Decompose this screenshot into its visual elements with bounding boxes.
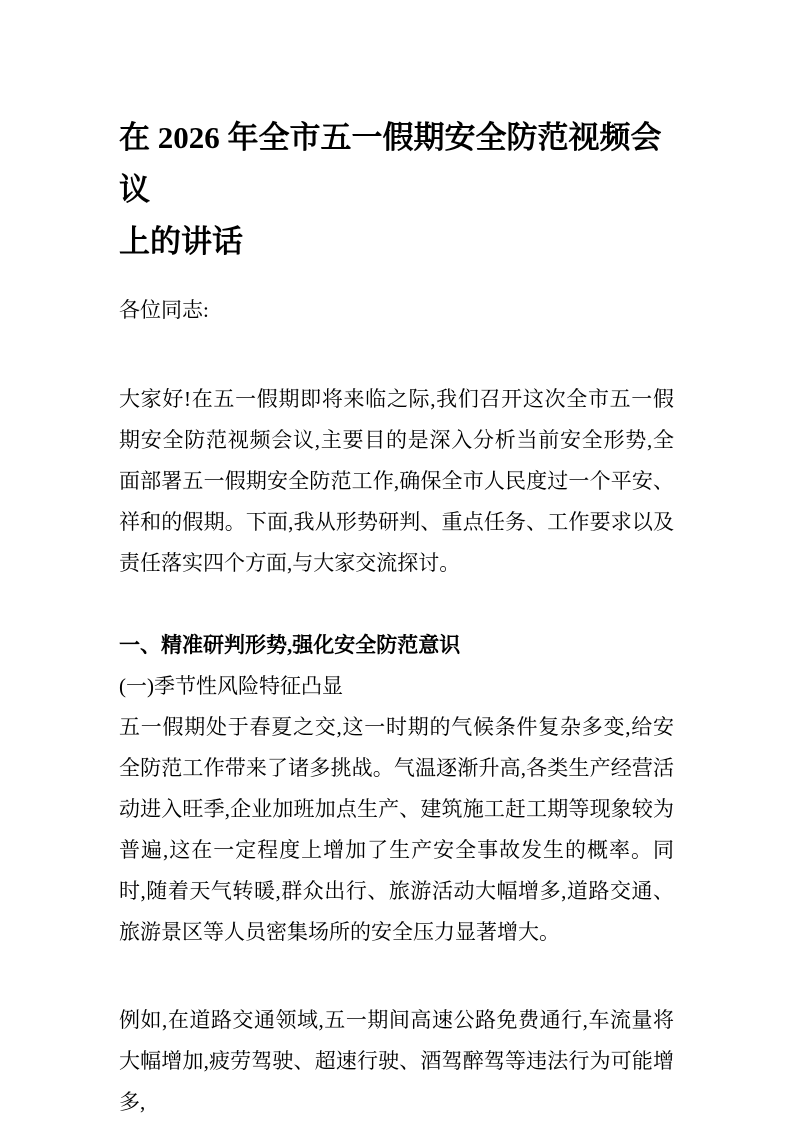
intro-paragraph: 大家好!在五一假期即将来临之际,我们召开这次全市五一假期安全防范视频会议,主要目…: [119, 379, 674, 584]
section-1-paragraph-2: 例如,在道路交通领域,五一期间高速公路免费通行,车流量将大幅增加,疲劳驾驶、超速…: [119, 1000, 674, 1122]
document-page: 在 2026 年全市五一假期安全防范视频会议 上的讲话 各位同志: 大家好!在五…: [0, 0, 793, 1122]
document-title: 在 2026 年全市五一假期安全防范视频会议 上的讲话: [119, 112, 674, 268]
document-title-line-2: 上的讲话: [119, 216, 674, 268]
section-1-subheading: (一)季节性风险特征凸显: [119, 666, 674, 707]
section-1-heading: 一、精准研判形势,强化安全防范意识: [119, 625, 674, 666]
section-1-paragraph-1: 五一假期处于春夏之交,这一时期的气候条件复杂多变,给安全防范工作带来了诸多挑战。…: [119, 707, 674, 953]
document-title-line-1: 在 2026 年全市五一假期安全防范视频会议: [119, 112, 674, 216]
greeting-line: 各位同志:: [119, 290, 674, 331]
